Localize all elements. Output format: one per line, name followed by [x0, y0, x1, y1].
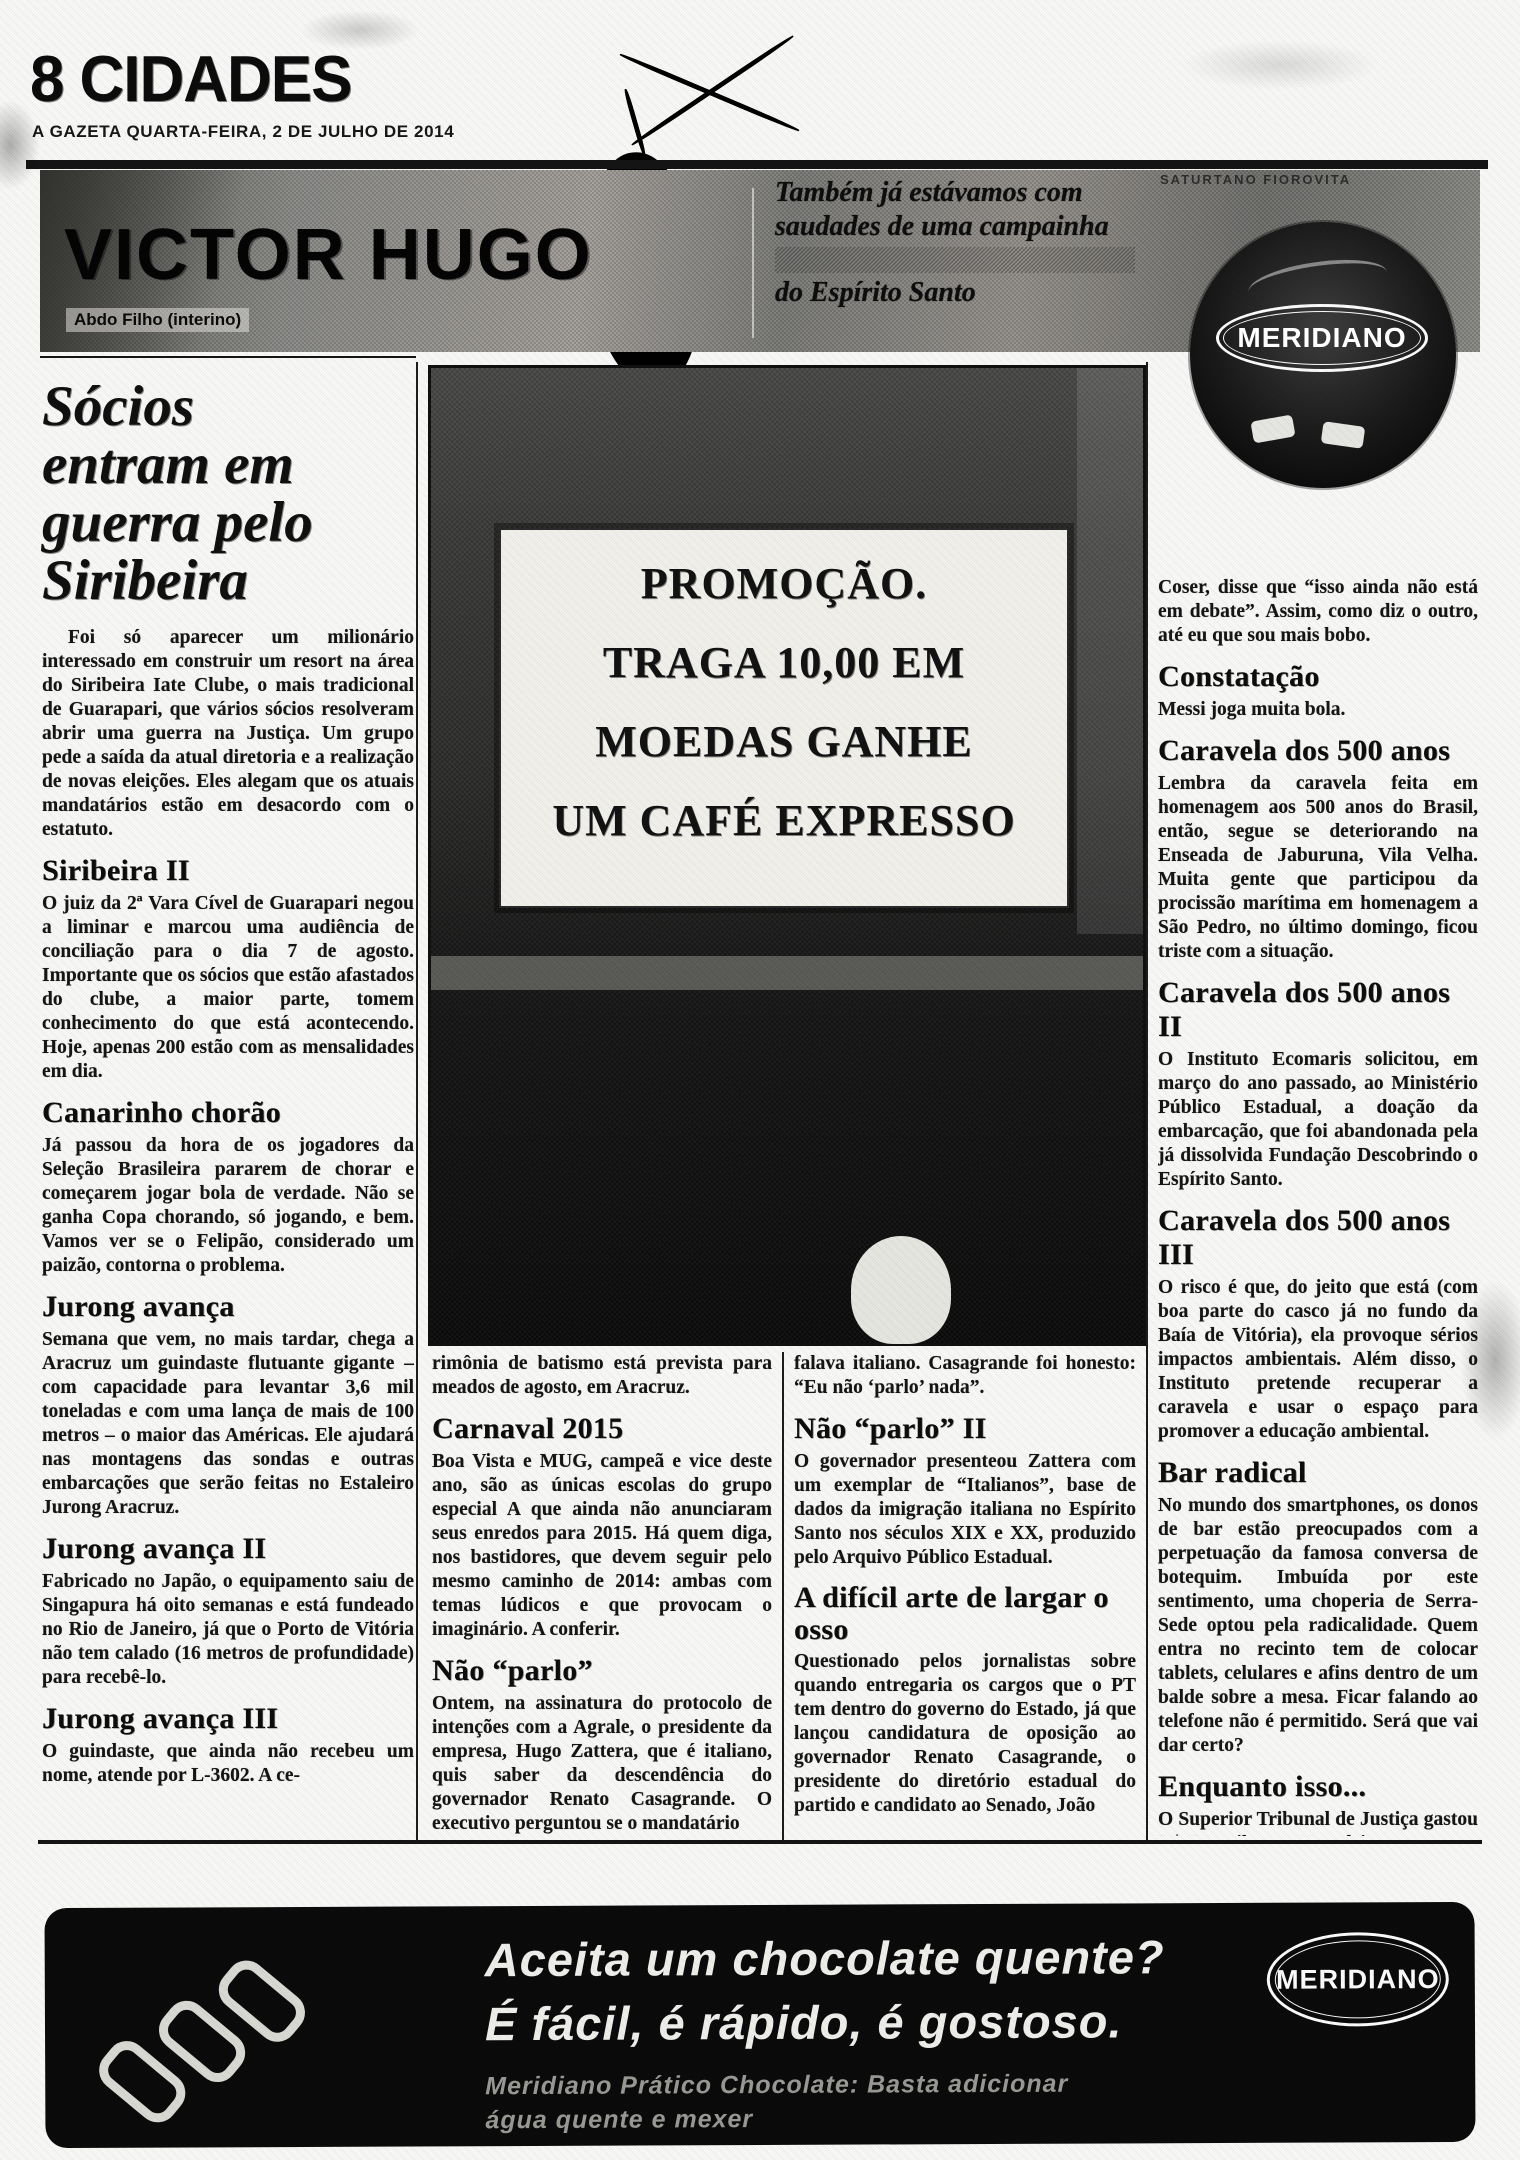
section-body: Já passou da hora de os jogadores da Sel…: [42, 1134, 414, 1278]
continuation-paragraph: falava italiano. Casagrande foi honesto:…: [794, 1352, 1136, 1400]
pen-tail-stroke: [623, 88, 647, 157]
section-body: O Instituto Ecomaris solicitou, em março…: [1158, 1048, 1478, 1192]
meridiano-oval: MERIDIANO: [1216, 304, 1428, 372]
section-body: O risco é que, do jeito que está (com bo…: [1158, 1276, 1478, 1444]
column-rule: [416, 362, 418, 1840]
middle-column-1: rimônia de batismo está prevista para me…: [432, 1352, 772, 1836]
ad-subline-1: Meridiano Prático Chocolate: Basta adici…: [485, 2070, 1068, 2102]
headline-line: Sócios: [42, 378, 414, 436]
meridiano-ad-logo: MERIDIANO: [1267, 1932, 1449, 2027]
band-divider: [752, 188, 754, 338]
continuation-paragraph: Coser, disse que “isso ainda não está em…: [1158, 576, 1478, 648]
section-body: Boa Vista e MUG, campeã e vice deste ano…: [432, 1450, 772, 1642]
left-column: Foi só aparecer um milionário interessad…: [42, 626, 414, 1836]
section-body: O juiz da 2ª Vara Cível de Guarapari neg…: [42, 892, 414, 1084]
section-title: Jurong avança II: [42, 1532, 414, 1566]
photo-highlight: [1077, 368, 1143, 934]
illegible-quote-line: [775, 247, 1135, 273]
meridiano-logo: MERIDIANO: [1190, 222, 1456, 488]
column-rule: [1146, 362, 1148, 1840]
quote-line: saudades de uma campainha: [775, 210, 1205, 244]
main-headline: Sócios entram em guerra pelo Siribeira: [42, 378, 414, 610]
section-title: Caravela dos 500 anos: [1158, 734, 1478, 768]
section-title: Não “parlo”: [432, 1654, 772, 1688]
columnist-name: VICTOR HUGO: [64, 214, 593, 296]
promo-sign: PROMOÇÃO. TRAGA 10,00 EM MOEDAS GANHE UM…: [499, 528, 1069, 908]
section-title: Jurong avança: [42, 1290, 414, 1324]
right-column: Coser, disse que “isso ainda não está em…: [1158, 576, 1478, 1836]
headline-line: Siribeira: [42, 552, 414, 610]
section-title: Constatação: [1158, 660, 1478, 694]
columnist-byline: Abdo Filho (interino): [66, 308, 249, 332]
scan-smudge: [1180, 40, 1380, 90]
section-title: Jurong avança III: [42, 1702, 414, 1736]
dateline: A GAZETA QUARTA-FEIRA, 2 DE JULHO DE 201…: [32, 122, 454, 142]
column-photo: PROMOÇÃO. TRAGA 10,00 EM MOEDAS GANHE UM…: [428, 365, 1146, 1346]
bottom-rule: [38, 1840, 1482, 1844]
photo-shelf: [431, 956, 1143, 990]
pen-x-stroke: [630, 34, 794, 147]
quote-line: Também já estávamos com: [775, 176, 1205, 210]
section-title: Siribeira II: [42, 854, 414, 888]
section-header: 8 CIDADES: [30, 42, 352, 117]
section-body: Messi joga muita bola.: [1158, 698, 1478, 722]
ad-headline-2: É fácil, é rápido, é gostoso.: [485, 1993, 1123, 2051]
middle-column-2: falava italiano. Casagrande foi honesto:…: [794, 1352, 1136, 1836]
section-body: Ontem, na assinatura do protocolo de int…: [432, 1692, 772, 1836]
section-body: O governador presenteou Zattera com um e…: [794, 1450, 1136, 1570]
section-title: Não “parlo” II: [794, 1412, 1136, 1446]
sign-line: TRAGA 10,00 EM: [501, 637, 1067, 688]
section-title: Caravela dos 500 anos III: [1158, 1204, 1478, 1272]
ad-headline-1: Aceita um chocolate quente?: [485, 1929, 1165, 1987]
coffee-packet-icon: [1250, 415, 1295, 444]
section-body: Questionado pelos jornalistas sobre quan…: [794, 1650, 1136, 1818]
headline-line: entram em: [42, 436, 414, 494]
section-title: Canarinho chorão: [42, 1096, 414, 1130]
section-body: O guindaste, que ainda não recebeu um no…: [42, 1740, 414, 1788]
section-body: Lembra da caravela feita em homenagem ao…: [1158, 772, 1478, 964]
section-title: Caravela dos 500 anos II: [1158, 976, 1478, 1044]
quote-line: do Espírito Santo: [775, 276, 1205, 310]
headline-rule: [40, 356, 416, 358]
top-rule: [26, 160, 1488, 169]
section-title: Carnaval 2015: [432, 1412, 772, 1446]
section-title: Enquanto isso...: [1158, 1770, 1478, 1804]
coffee-packet-icon: [1321, 421, 1366, 449]
section-body: Semana que vem, no mais tardar, chega a …: [42, 1328, 414, 1520]
continuation-paragraph: rimônia de batismo está prevista para me…: [432, 1352, 772, 1400]
logo-flourish: [1246, 252, 1390, 311]
article-intro: Foi só aparecer um milionário interessad…: [42, 626, 414, 842]
section-body: Fabricado no Japão, o equipamento saiu d…: [42, 1570, 414, 1690]
sign-line: UM CAFÉ EXPRESSO: [501, 795, 1067, 846]
sign-line: PROMOÇÃO.: [501, 558, 1067, 609]
photo-credit: SATURTANO FIOROVITA: [1160, 172, 1351, 187]
masthead-quote: Também já estávamos com saudades de uma …: [775, 176, 1205, 310]
meridiano-wordmark: MERIDIANO: [1276, 1964, 1440, 1996]
section-body: O Superior Tribunal de Justiça gastou R$…: [1158, 1808, 1478, 1836]
section-title: A difícil arte de largar o osso: [794, 1582, 1136, 1646]
column-rule: [782, 1352, 784, 1840]
section-title: CIDADES: [79, 42, 351, 117]
newspaper-page: 8 CIDADES A GAZETA QUARTA-FEIRA, 2 DE JU…: [0, 0, 1520, 2160]
meridiano-wordmark: MERIDIANO: [1237, 322, 1406, 354]
photo-highlight-blob: [851, 1236, 951, 1344]
chocolate-advert: Aceita um chocolate quente? É fácil, é r…: [44, 1902, 1475, 2148]
section-body: No mundo dos smartphones, os donos de ba…: [1158, 1494, 1478, 1758]
ad-subline-2: água quente e mexer: [485, 2105, 753, 2135]
page-number: 8: [30, 42, 63, 117]
sign-line: MOEDAS GANHE: [501, 716, 1067, 767]
section-title: Bar radical: [1158, 1456, 1478, 1490]
headline-line: guerra pelo: [42, 494, 414, 552]
